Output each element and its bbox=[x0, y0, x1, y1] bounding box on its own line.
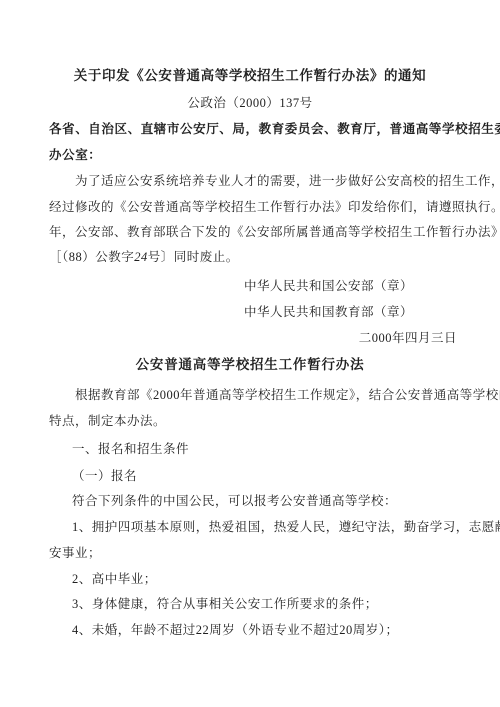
date-line: 二000年四月三日 bbox=[0, 325, 457, 351]
list-item-3: 3、身体健康，符合从事相关公安工作所要求的条件； bbox=[49, 591, 455, 617]
notice-body-line-3: 年，公安部、教育部联合下发的《公安部所属普通高等学校招生工作暂行办法》 bbox=[49, 219, 455, 245]
notice-body-line-2: 经过修改的《公安普通高等学校招生工作暂行办法》印发给你们，请遵照执行。1988 bbox=[49, 194, 455, 220]
list-item-1-line-1: 1、拥护四项基本原则，热爱祖国，热爱人民，遵纪守法，勤奋学习，志愿献身公 bbox=[49, 514, 455, 540]
salutation-line-2: 办公室： bbox=[49, 142, 455, 168]
regulation-title: 公安普通高等学校招生工作暂行办法 bbox=[0, 352, 500, 378]
regulation-intro-line-2: 特点，制定本办法。 bbox=[49, 408, 455, 434]
subsection-1-heading: （一）报名 bbox=[49, 463, 455, 489]
document-page: 关于印发《公安普通高等学校招生工作暂行办法》的通知 公政治（2000）137号 … bbox=[0, 0, 500, 707]
list-item-2: 2、高中毕业； bbox=[49, 566, 455, 592]
notice-body-line-4: ［（88）公教字24号〕同时废止。 bbox=[49, 244, 455, 270]
eligibility-intro: 符合下列条件的中国公民，可以报考公安普通高等学校： bbox=[49, 488, 455, 514]
signature-line-2: 中华人民共和国教育部（章） bbox=[0, 299, 413, 325]
signature-line-1: 中华人民共和国公安部（章） bbox=[0, 273, 413, 299]
list-item-4: 4、未婚，年龄不超过22周岁（外语专业不超过20周岁）； bbox=[49, 617, 455, 643]
section-1-heading: 一、报名和招生条件 bbox=[49, 436, 455, 462]
notice-doc-number: 公政治（2000）137号 bbox=[0, 90, 500, 116]
salutation-line-1: 各省、自治区、直辖市公安厅、局，教育委员会、教育厅，普通高等学校招生委员会 bbox=[49, 116, 455, 142]
regulation-intro-line-1: 根据教育部《2000年普通高等学校招生工作规定》，结合公安普通高等学校的 bbox=[49, 382, 455, 408]
notice-body-line-1: 为了适应公安系统培养专业人才的需要，进一步做好公安高校的招生工作，现将 bbox=[49, 168, 455, 194]
body-line-4-prefix: ［（88）公教字 bbox=[49, 250, 134, 264]
notice-title: 关于印发《公安普通高等学校招生工作暂行办法》的通知 bbox=[0, 63, 500, 89]
list-item-1-line-2: 安事业； bbox=[49, 540, 455, 566]
body-line-4-number: 24 bbox=[134, 250, 148, 264]
body-line-4-suffix: 号〕同时废止。 bbox=[148, 250, 239, 264]
